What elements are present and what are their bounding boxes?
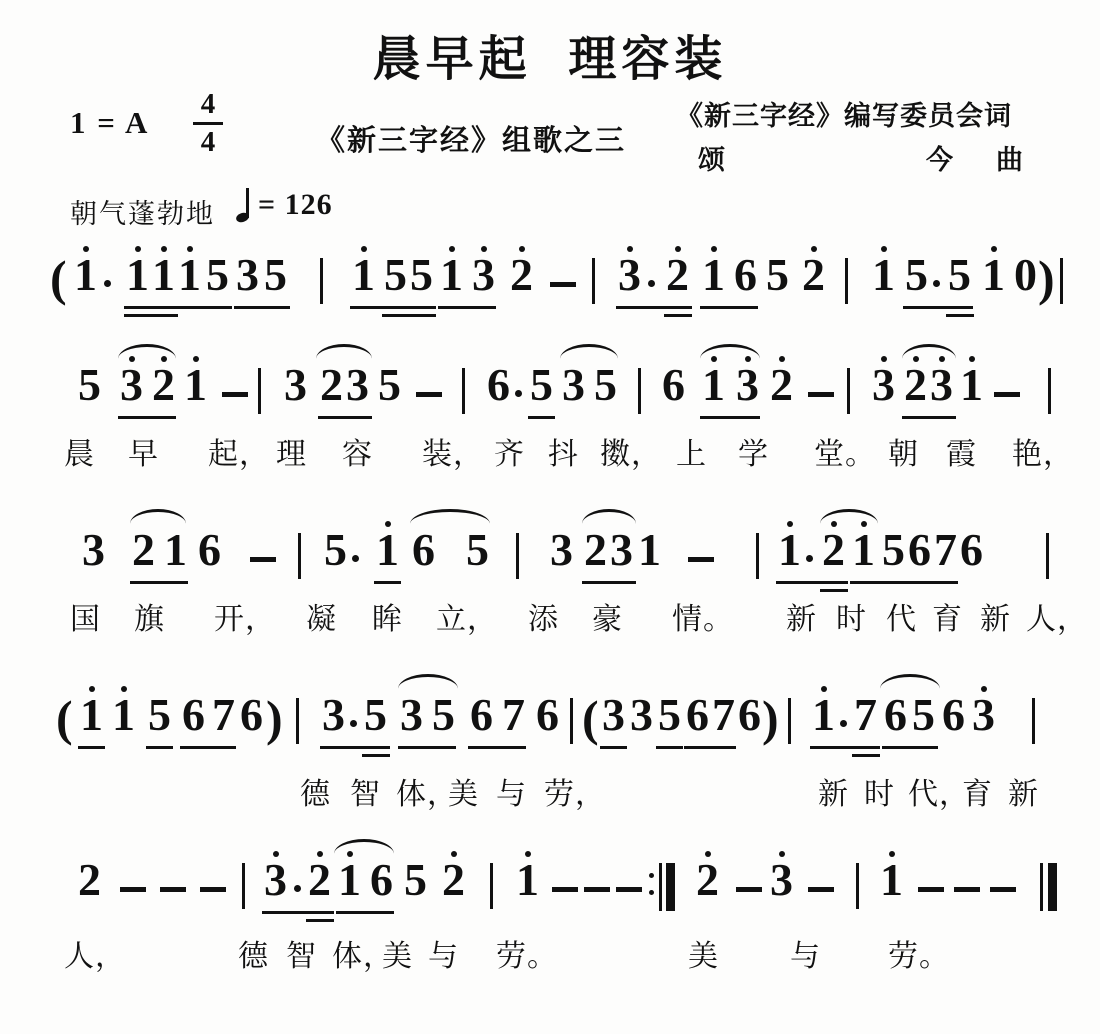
note-digit: 3: [120, 359, 143, 410]
note: 1: [178, 252, 201, 298]
note: 5: [148, 692, 171, 738]
note: 1: [702, 252, 725, 298]
barline: [490, 863, 493, 909]
note: 6: [487, 362, 510, 408]
note: 5: [410, 252, 433, 298]
note-digit: 6: [470, 689, 493, 740]
beam-underline: [350, 306, 436, 309]
note: 3: [610, 527, 633, 573]
note: 6: [960, 527, 983, 573]
slur: [820, 509, 878, 524]
octave-dot: [451, 851, 457, 857]
note: 3: [972, 692, 995, 738]
final-bar: [1040, 863, 1043, 911]
note-digit: 2: [152, 359, 175, 410]
beam-underline: [234, 306, 290, 309]
lyric-syllable: 人，: [64, 940, 126, 974]
augmentation-dot: [352, 555, 359, 562]
note-digit: 1: [352, 249, 375, 300]
note-digit: 5: [264, 249, 287, 300]
lyric-syllable: 立，: [436, 603, 498, 637]
beam-underline: [903, 306, 973, 309]
slur: [560, 344, 618, 359]
note-digit: 3: [322, 689, 345, 740]
note: 6: [240, 692, 263, 738]
note-digit: 5: [530, 359, 553, 410]
lyric-syllable: 与: [790, 940, 821, 974]
octave-dot: [385, 521, 391, 527]
note-digit: 6: [662, 359, 685, 410]
beam-underline: [906, 581, 958, 584]
note: 6: [908, 527, 931, 573]
note-digit: 1: [184, 359, 207, 410]
note-digit: 3: [550, 524, 573, 575]
lyric-syllable: 育: [932, 603, 963, 637]
octave-dot: [161, 246, 167, 252]
note: 2: [696, 857, 719, 903]
augmentation-dot: [840, 720, 847, 727]
final-bar: [1048, 863, 1057, 911]
note-digit: 1: [376, 524, 399, 575]
lyric-syllable: 擞，: [600, 438, 662, 472]
note: 6: [738, 692, 761, 738]
dash-held-beat: [994, 392, 1020, 397]
note-digit: 7: [854, 689, 877, 740]
note-digit: 5: [912, 689, 935, 740]
note-digit: 5: [78, 359, 101, 410]
note: 5: [530, 362, 553, 408]
note-digit: 3: [770, 854, 793, 905]
augmentation-dot: [648, 280, 655, 287]
note-digit: 1: [80, 689, 103, 740]
dash-held-beat: [200, 887, 226, 892]
note-digit: 1: [338, 854, 361, 905]
note: 7: [934, 527, 957, 573]
beam-underline: [600, 746, 627, 749]
octave-dot: [705, 851, 711, 857]
octave-dot: [89, 686, 95, 692]
note-digit: 3: [630, 689, 653, 740]
barline: [242, 863, 245, 909]
lyric-syllable: 起，: [208, 438, 270, 472]
barline: [856, 863, 859, 909]
note-digit: 3: [472, 249, 495, 300]
note: 2: [308, 857, 331, 903]
lyric-syllable: 新: [786, 603, 817, 637]
key-signature: 1 = A: [70, 106, 149, 140]
note-digit: 5: [410, 249, 433, 300]
dash-held-beat: [918, 887, 944, 892]
note: 6: [370, 857, 393, 903]
beam-underline: [382, 314, 436, 317]
octave-dot: [779, 851, 785, 857]
score-sheet: 晨早起 理容装 1 = A 4 4 《新三字经》组歌之三 《新三字经》编写委员会…: [0, 0, 1100, 1034]
lyric-syllable: 朝: [888, 438, 919, 472]
note-digit: 1: [778, 524, 801, 575]
note-digit: 5: [404, 854, 427, 905]
beam-underline: [306, 919, 334, 922]
repeat-dot: [649, 873, 654, 878]
barline: [320, 258, 323, 304]
barline: [1060, 258, 1063, 304]
time-signature-numerator: 4: [201, 88, 216, 121]
note: 2: [78, 857, 101, 903]
beam-underline: [146, 746, 173, 749]
note-digit: 1: [440, 249, 463, 300]
repeat-bar: [659, 863, 662, 911]
octave-dot: [811, 246, 817, 252]
note: 1: [982, 252, 1005, 298]
note-digit: 5: [206, 249, 229, 300]
note: 3: [736, 362, 759, 408]
note: 1: [164, 527, 187, 573]
note: 2: [510, 252, 533, 298]
lyric-syllable: 德: [238, 940, 269, 974]
octave-dot: [449, 246, 455, 252]
dash-held-beat: [736, 887, 762, 892]
note: 2: [666, 252, 689, 298]
beam-underline: [320, 746, 390, 749]
beam-underline: [582, 581, 636, 584]
note: 6: [734, 252, 757, 298]
beam-underline: [946, 314, 974, 317]
slur: [410, 509, 490, 524]
note-digit: 5: [948, 249, 971, 300]
lyric-syllable: 情。: [672, 603, 734, 637]
lyric-syllable: 代，: [908, 778, 970, 812]
octave-dot: [881, 246, 887, 252]
beam-underline: [398, 746, 456, 749]
beam-underline: [882, 746, 938, 749]
note: 5: [324, 527, 347, 573]
note-digit: 3: [82, 524, 105, 575]
octave-dot: [121, 686, 127, 692]
note: 3: [264, 857, 287, 903]
lyric-syllable: 凝: [306, 603, 337, 637]
note: 2: [132, 527, 155, 573]
lyric-syllable: 国: [70, 603, 101, 637]
note: 2: [320, 362, 343, 408]
parenthesis: ): [762, 690, 779, 746]
note-digit: 1: [112, 689, 135, 740]
augmentation-dot: [104, 280, 111, 287]
note: 2: [584, 527, 607, 573]
beam-underline: [318, 416, 372, 419]
note-digit: 0: [1014, 249, 1037, 300]
tempo-value: = 126: [258, 188, 333, 222]
note-digit: 1: [880, 854, 903, 905]
dash-held-beat: [990, 887, 1016, 892]
note: 1: [352, 252, 375, 298]
note: 3: [322, 692, 345, 738]
note: 3: [120, 362, 143, 408]
note: 2: [904, 362, 927, 408]
lyric-syllable: 时: [836, 603, 867, 637]
dash-held-beat: [416, 392, 442, 397]
note: 5: [882, 527, 905, 573]
note: 3: [236, 252, 259, 298]
lyric-syllable: 美: [688, 940, 719, 974]
time-signature-denominator: 4: [201, 126, 216, 159]
tempo-mood-label: 朝气蓬勃地: [70, 192, 215, 231]
note: 1: [702, 362, 725, 408]
note: 5: [905, 252, 928, 298]
slur: [582, 509, 636, 524]
note: 3: [770, 857, 793, 903]
octave-dot: [711, 246, 717, 252]
note: 6: [686, 692, 709, 738]
composer-credit-right: 曲: [996, 138, 1023, 177]
note-digit: 3: [264, 854, 287, 905]
lyric-syllable: 与: [496, 778, 527, 812]
note-digit: 5: [432, 689, 455, 740]
octave-dot: [881, 356, 887, 362]
lyric-syllable: 齐: [494, 438, 525, 472]
barline: [845, 258, 848, 304]
note: 1: [376, 527, 399, 573]
octave-dot: [273, 851, 279, 857]
octave-dot: [525, 851, 531, 857]
note: 6: [884, 692, 907, 738]
note: 7: [212, 692, 235, 738]
note: 3: [630, 692, 653, 738]
note: 1: [872, 252, 895, 298]
lyric-syllable: 眸: [372, 603, 403, 637]
beam-underline: [700, 306, 758, 309]
barline: [570, 698, 573, 744]
note-digit: 5: [882, 524, 905, 575]
parenthesis: (: [582, 690, 599, 746]
note-digit: 1: [982, 249, 1005, 300]
beam-underline: [176, 306, 232, 309]
octave-dot: [779, 356, 785, 362]
beam-underline: [850, 581, 906, 584]
octave-dot: [991, 246, 997, 252]
note: 6: [942, 692, 965, 738]
note-digit: 6: [960, 524, 983, 575]
note-digit: 3: [284, 359, 307, 410]
note: 3: [400, 692, 423, 738]
lyric-syllable: 与: [428, 940, 459, 974]
dash-held-beat: [688, 557, 714, 562]
note: 1: [152, 252, 175, 298]
slur: [334, 839, 394, 854]
note: 1: [516, 857, 539, 903]
note-digit: 2: [510, 249, 533, 300]
note-digit: 1: [872, 249, 895, 300]
barline: [462, 368, 465, 414]
note: 1: [338, 857, 361, 903]
note-digit: 2: [132, 524, 155, 575]
barline: [298, 533, 301, 579]
beam-underline: [902, 416, 956, 419]
note-digit: 5: [324, 524, 347, 575]
note: 1: [960, 362, 983, 408]
note-digit: 3: [618, 249, 641, 300]
note: 5: [364, 692, 387, 738]
note-digit: 2: [904, 359, 927, 410]
note-digit: 1: [178, 249, 201, 300]
note-digit: 5: [905, 249, 928, 300]
note: 2: [770, 362, 793, 408]
beam-underline: [684, 746, 736, 749]
beam-underline: [130, 581, 188, 584]
composer-credit-mid: 今: [926, 138, 953, 177]
slur: [398, 674, 458, 689]
barline: [756, 533, 759, 579]
note-digit: 3: [236, 249, 259, 300]
parenthesis: ): [266, 690, 283, 746]
note: 6: [536, 692, 559, 738]
note: 2: [802, 252, 825, 298]
note-digit: 3: [972, 689, 995, 740]
octave-dot: [135, 246, 141, 252]
note-digit: 5: [364, 689, 387, 740]
note: 1: [852, 527, 875, 573]
note-digit: 6: [487, 359, 510, 410]
parenthesis: (: [56, 690, 73, 746]
dash-held-beat: [250, 557, 276, 562]
note: 1: [638, 527, 661, 573]
note-digit: 5: [466, 524, 489, 575]
repeat-end-barline: [648, 863, 678, 911]
note-digit: 6: [734, 249, 757, 300]
note-digit: 1: [852, 524, 875, 575]
note: 7: [854, 692, 877, 738]
note: 2: [822, 527, 845, 573]
octave-dot: [889, 851, 895, 857]
slur: [880, 674, 940, 689]
note: 3: [602, 692, 625, 738]
beam-underline: [616, 306, 692, 309]
lyric-syllable: 智: [350, 778, 381, 812]
note: 1: [112, 692, 135, 738]
beam-underline: [124, 314, 178, 317]
note-digit: 2: [770, 359, 793, 410]
octave-dot: [787, 521, 793, 527]
slur: [316, 344, 372, 359]
lyric-syllable: 代: [886, 603, 917, 637]
note: 3: [346, 362, 369, 408]
lyric-syllable: 育: [962, 778, 993, 812]
note: 6: [182, 692, 205, 738]
dash-held-beat: [954, 887, 980, 892]
lyric-syllable: 劳。: [496, 940, 558, 974]
octave-dot: [519, 246, 525, 252]
lyric-syllable: 美: [382, 940, 413, 974]
note-digit: 2: [78, 854, 101, 905]
dash-held-beat: [584, 887, 610, 892]
note: 1: [74, 252, 97, 298]
lyric-syllable: 豪: [592, 603, 623, 637]
barline: [788, 698, 791, 744]
note-digit: 6: [412, 524, 435, 575]
note-digit: 7: [212, 689, 235, 740]
note: 1: [440, 252, 463, 298]
note-digit: 5: [766, 249, 789, 300]
dash-held-beat: [120, 887, 146, 892]
note-digit: 2: [666, 249, 689, 300]
note: 1: [778, 527, 801, 573]
parenthesis: (: [50, 250, 67, 306]
note-digit: 3: [562, 359, 585, 410]
lyric-syllable: 人，: [1026, 603, 1088, 637]
note-digit: 3: [346, 359, 369, 410]
note: 3: [82, 527, 105, 573]
note-digit: 5: [148, 689, 171, 740]
barline: [1032, 698, 1035, 744]
lyric-syllable: 早: [128, 438, 159, 472]
augmentation-dot: [294, 885, 301, 892]
note: 1: [126, 252, 149, 298]
note-digit: 7: [712, 689, 735, 740]
lyric-syllable: 霞: [946, 438, 977, 472]
lyric-syllable: 新: [1008, 778, 1039, 812]
beam-underline: [468, 746, 526, 749]
barline: [1046, 533, 1049, 579]
note: 3: [284, 362, 307, 408]
note: 1: [80, 692, 103, 738]
note-digit: 3: [602, 689, 625, 740]
beam-underline: [438, 306, 496, 309]
note: 5: [432, 692, 455, 738]
beam-underline: [656, 746, 683, 749]
slur: [118, 344, 176, 359]
time-signature-divider: [193, 122, 223, 125]
lyric-syllable: 晨: [64, 438, 95, 472]
note-digit: 1: [126, 249, 149, 300]
note: 3: [618, 252, 641, 298]
note-digit: 6: [908, 524, 931, 575]
barline: [1048, 368, 1051, 414]
octave-dot: [969, 356, 975, 362]
lyric-syllable: 堂。: [814, 438, 876, 472]
augmentation-dot: [515, 390, 522, 397]
note: 7: [712, 692, 735, 738]
note-digit: 1: [164, 524, 187, 575]
beam-underline: [118, 416, 176, 419]
note: 5: [466, 527, 489, 573]
dash-held-beat: [160, 887, 186, 892]
note-digit: 2: [320, 359, 343, 410]
note-digit: 1: [812, 689, 835, 740]
beam-underline: [262, 911, 334, 914]
parenthesis: ): [1038, 250, 1055, 306]
note-digit: 6: [884, 689, 907, 740]
note-digit: 7: [934, 524, 957, 575]
note: 1: [184, 362, 207, 408]
note-digit: 6: [536, 689, 559, 740]
lyric-syllable: 时: [864, 778, 895, 812]
lyric-syllable: 新: [818, 778, 849, 812]
octave-dot: [317, 851, 323, 857]
note-digit: 6: [942, 689, 965, 740]
lyric-syllable: 理: [276, 438, 307, 472]
beam-underline: [78, 746, 105, 749]
octave-dot: [627, 246, 633, 252]
note-digit: 5: [384, 249, 407, 300]
series-subtitle: 《新三字经》组歌之三: [316, 118, 626, 159]
lyric-syllable: 容: [342, 438, 373, 472]
note-digit: 6: [198, 524, 221, 575]
octave-dot: [675, 246, 681, 252]
lyric-syllable: 学: [738, 438, 769, 472]
lyricist-credit: 《新三字经》编写委员会词: [676, 94, 1012, 133]
lyric-syllable: 德: [300, 778, 331, 812]
octave-dot: [481, 246, 487, 252]
note-digit: 1: [74, 249, 97, 300]
dash-held-beat: [616, 887, 642, 892]
